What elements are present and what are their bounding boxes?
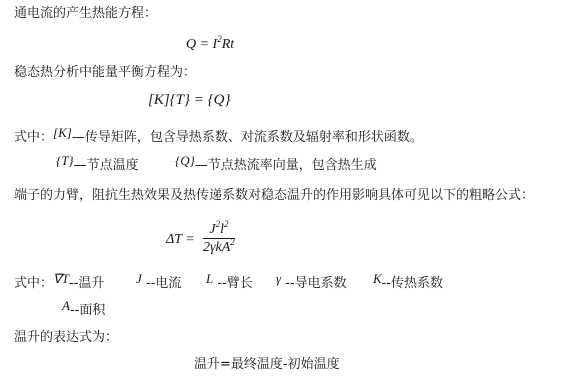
definition-k: 式中：[K]—传导矩阵，包含导热系数、对流系数及辐射率和形状函数。 bbox=[14, 129, 423, 146]
heat-equation-intro: 通电流的产生热能方程： bbox=[14, 6, 157, 22]
delta-t-lhs: ΔT = bbox=[166, 232, 195, 248]
joule-heat-equation: Q = I2Rt bbox=[186, 37, 234, 53]
variables-line-1: 式中：∇T--温升 bbox=[14, 275, 104, 292]
definition-q: {Q}—节点热流率向量，包含热生成 bbox=[175, 157, 377, 174]
energy-balance-intro: 稳态热分析中能量平衡方程为： bbox=[14, 65, 196, 81]
variable-l: L --臂长 bbox=[206, 275, 253, 292]
variable-k: K--传热系数 bbox=[373, 275, 443, 292]
variable-gamma: γ --导电系数 bbox=[276, 275, 347, 292]
temperature-rise-fraction: J2l2 2γkA2 bbox=[203, 221, 235, 256]
variable-a: A--面积 bbox=[62, 302, 105, 319]
temperature-rise-expression-intro: 温升的表达式为： bbox=[14, 330, 118, 346]
variable-j: J --电流 bbox=[136, 275, 181, 292]
temperature-rise-intro: 端子的力臂，阻抗生热效果及热传递系数对稳态温升的作用影响具体可见以下的粗略公式： bbox=[14, 188, 534, 204]
definition-t: {T}—节点温度 bbox=[56, 157, 139, 174]
energy-balance-equation: [K]{T} = {Q} bbox=[148, 92, 230, 108]
temperature-rise-expression: 温升=最终温度-初始温度 bbox=[194, 357, 340, 373]
